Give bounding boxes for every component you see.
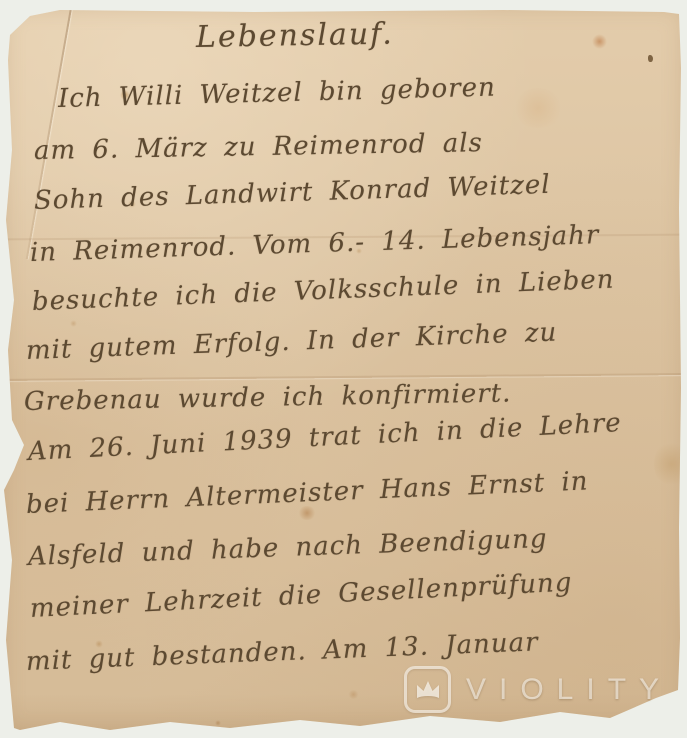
stain xyxy=(654,440,687,488)
stain xyxy=(128,200,136,208)
stain xyxy=(120,90,130,100)
ink-mark xyxy=(648,55,653,62)
stain xyxy=(70,320,77,327)
torn-edge-shading xyxy=(4,694,683,734)
fold-crease xyxy=(26,8,72,259)
horizontal-crease xyxy=(4,373,683,381)
horizontal-crease xyxy=(4,234,683,241)
stain xyxy=(298,506,316,520)
stain xyxy=(512,88,564,128)
stain xyxy=(592,34,607,49)
stain xyxy=(95,640,103,648)
paper-sheet xyxy=(4,8,683,734)
scanned-document-photo: Lebenslauf. Ich Willi Weitzel bin gebore… xyxy=(0,0,687,738)
stain xyxy=(356,248,362,254)
